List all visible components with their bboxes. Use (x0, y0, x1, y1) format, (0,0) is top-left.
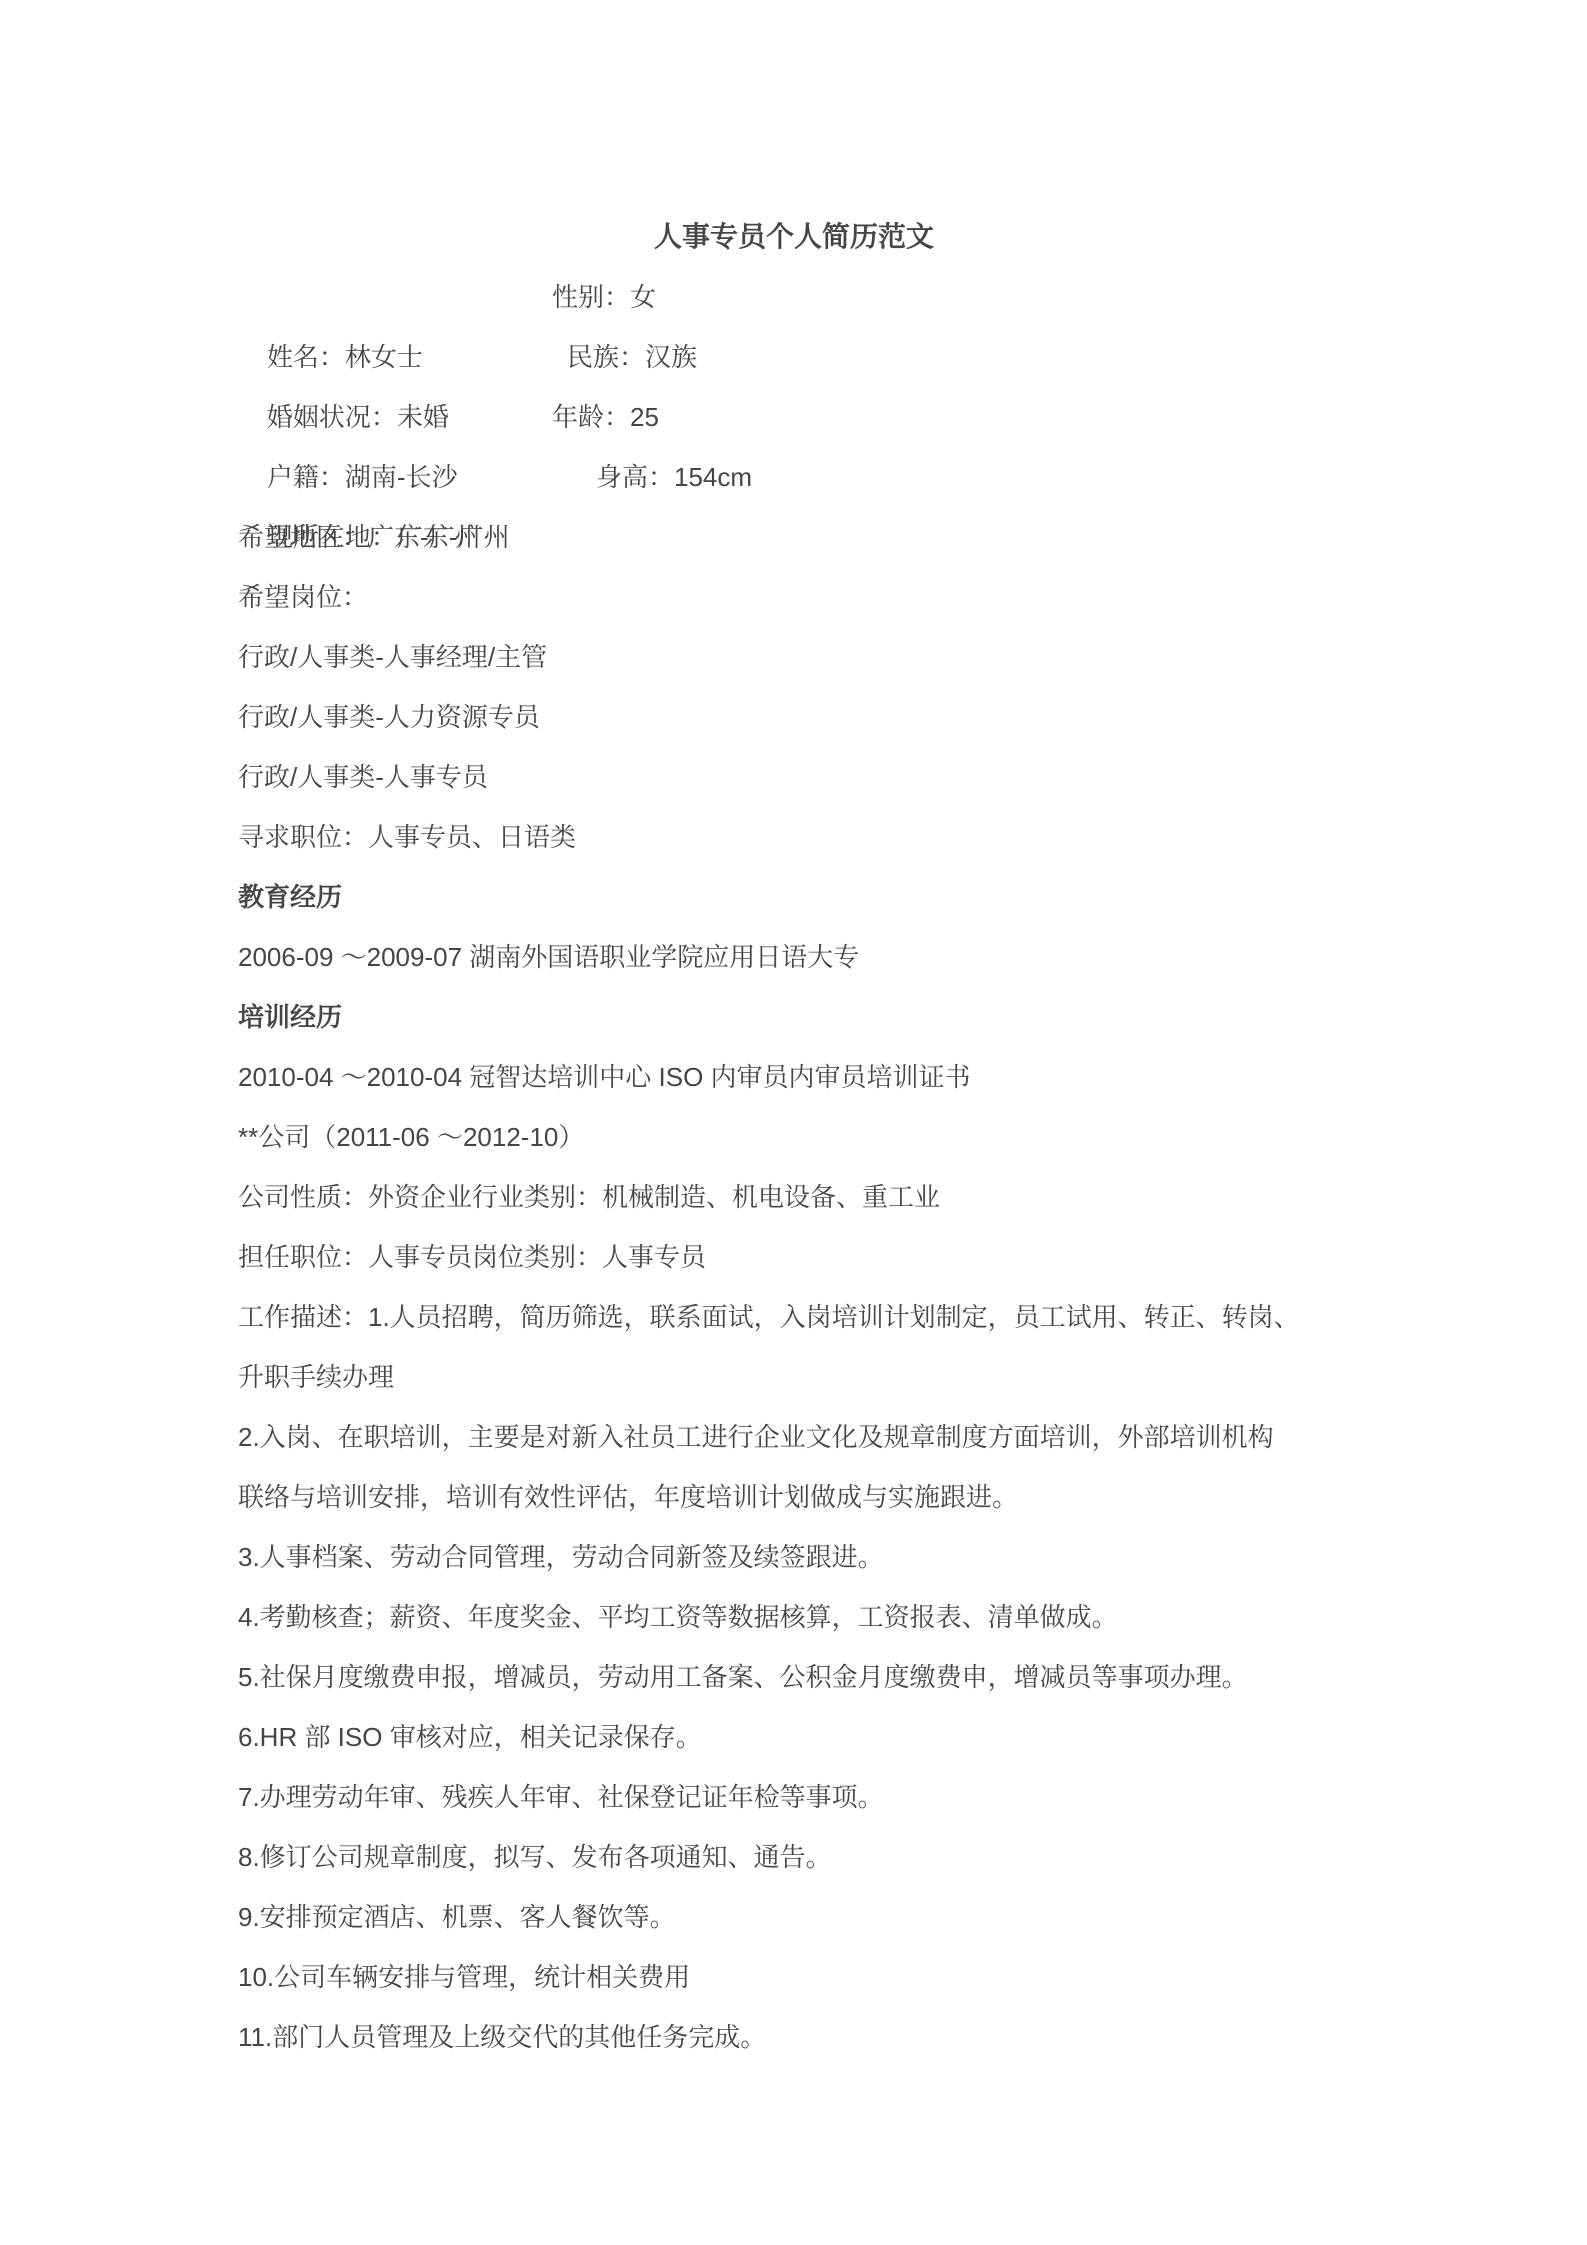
job-description-line: 工作描述：1.人员招聘，简历筛选，联系面试，入岗培训计划制定，员工试用、转正、转… (238, 1287, 1350, 1347)
wish-position-item: 行政/人事类-人力资源专员 (238, 687, 1350, 747)
wish-area-line: 希望地区：广东-广州 (238, 507, 1350, 567)
job-description-line: 4.考勤核查；薪资、年度奖金、平均工资等数据核算，工资报表、清单做成。 (238, 1587, 1350, 1647)
profile-row-location-height: 现所在地：广东-广州 身高：154cm (238, 447, 1350, 507)
job-description-line: 8.修订公司规章制度，拟写、发布各项通知、通告。 (238, 1827, 1350, 1887)
education-section-header: 教育经历 (238, 867, 1350, 927)
job-description-line: 10.公司车辆安排与管理，统计相关费用 (238, 1947, 1350, 2007)
wish-position-label: 希望岗位： (238, 567, 1350, 627)
job-description-line: 9.安排预定酒店、机票、客人餐饮等。 (238, 1887, 1350, 1947)
education-entry: 2006-09 ～2009-07 湖南外国语职业学院应用日语大专 (238, 927, 1350, 987)
profile-row-name-gender: 姓名：林女士 性别：女 (238, 267, 1350, 327)
job-description-line: 联络与培训安排，培训有效性评估，年度培训计划做成与实施跟进。 (238, 1467, 1350, 1527)
gender-field: 性别：女 (552, 267, 656, 327)
job-description-line: 3.人事档案、劳动合同管理，劳动合同新签及续签跟进。 (238, 1527, 1350, 1587)
company-nature-line: 公司性质：外资企业行业类别：机械制造、机电设备、重工业 (238, 1167, 1350, 1227)
position-held-line: 担任职位：人事专员岗位类别：人事专员 (238, 1227, 1350, 1287)
job-description-line: 7.办理劳动年审、残疾人年审、社保登记证年检等事项。 (238, 1767, 1350, 1827)
profile-row-registry-age: 户籍：湖南-长沙 年龄：25 (238, 387, 1350, 447)
height-field: 身高：154cm (596, 447, 752, 507)
profile-row-marital-ethnic: 婚姻状况：未婚 民族：汉族 (238, 327, 1350, 387)
job-description-line: 2.入岗、在职培训，主要是对新入社员工进行企业文化及规章制度方面培训，外部培训机… (238, 1407, 1350, 1467)
training-entry: 2010-04 ～2010-04 冠智达培训中心 ISO 内审员内审员培训证书 (238, 1047, 1350, 1107)
wish-position-item: 行政/人事类-人事经理/主管 (238, 627, 1350, 687)
job-description-line: 11.部门人员管理及上级交代的其他任务完成。 (238, 2007, 1350, 2067)
age-field: 年龄：25 (552, 387, 659, 447)
job-description-line: 升职手续办理 (238, 1347, 1350, 1407)
training-section-header: 培训经历 (238, 987, 1350, 1047)
company-line: **公司（2011-06 ～2012-10） (238, 1107, 1350, 1167)
job-description-line: 6.HR 部 ISO 审核对应，相关记录保存。 (238, 1707, 1350, 1767)
wish-position-item: 行政/人事类-人事专员 (238, 747, 1350, 807)
resume-document: 人事专员个人简历范文 姓名：林女士 性别：女 婚姻状况：未婚 民族：汉族 户籍：… (238, 207, 1350, 2067)
ethnicity-field: 民族：汉族 (567, 327, 697, 387)
job-description-line: 5.社保月度缴费申报，增减员，劳动用工备案、公积金月度缴费申，增减员等事项办理。 (238, 1647, 1350, 1707)
document-title: 人事专员个人简历范文 (238, 207, 1350, 267)
seek-position-line: 寻求职位：人事专员、日语类 (238, 807, 1350, 867)
